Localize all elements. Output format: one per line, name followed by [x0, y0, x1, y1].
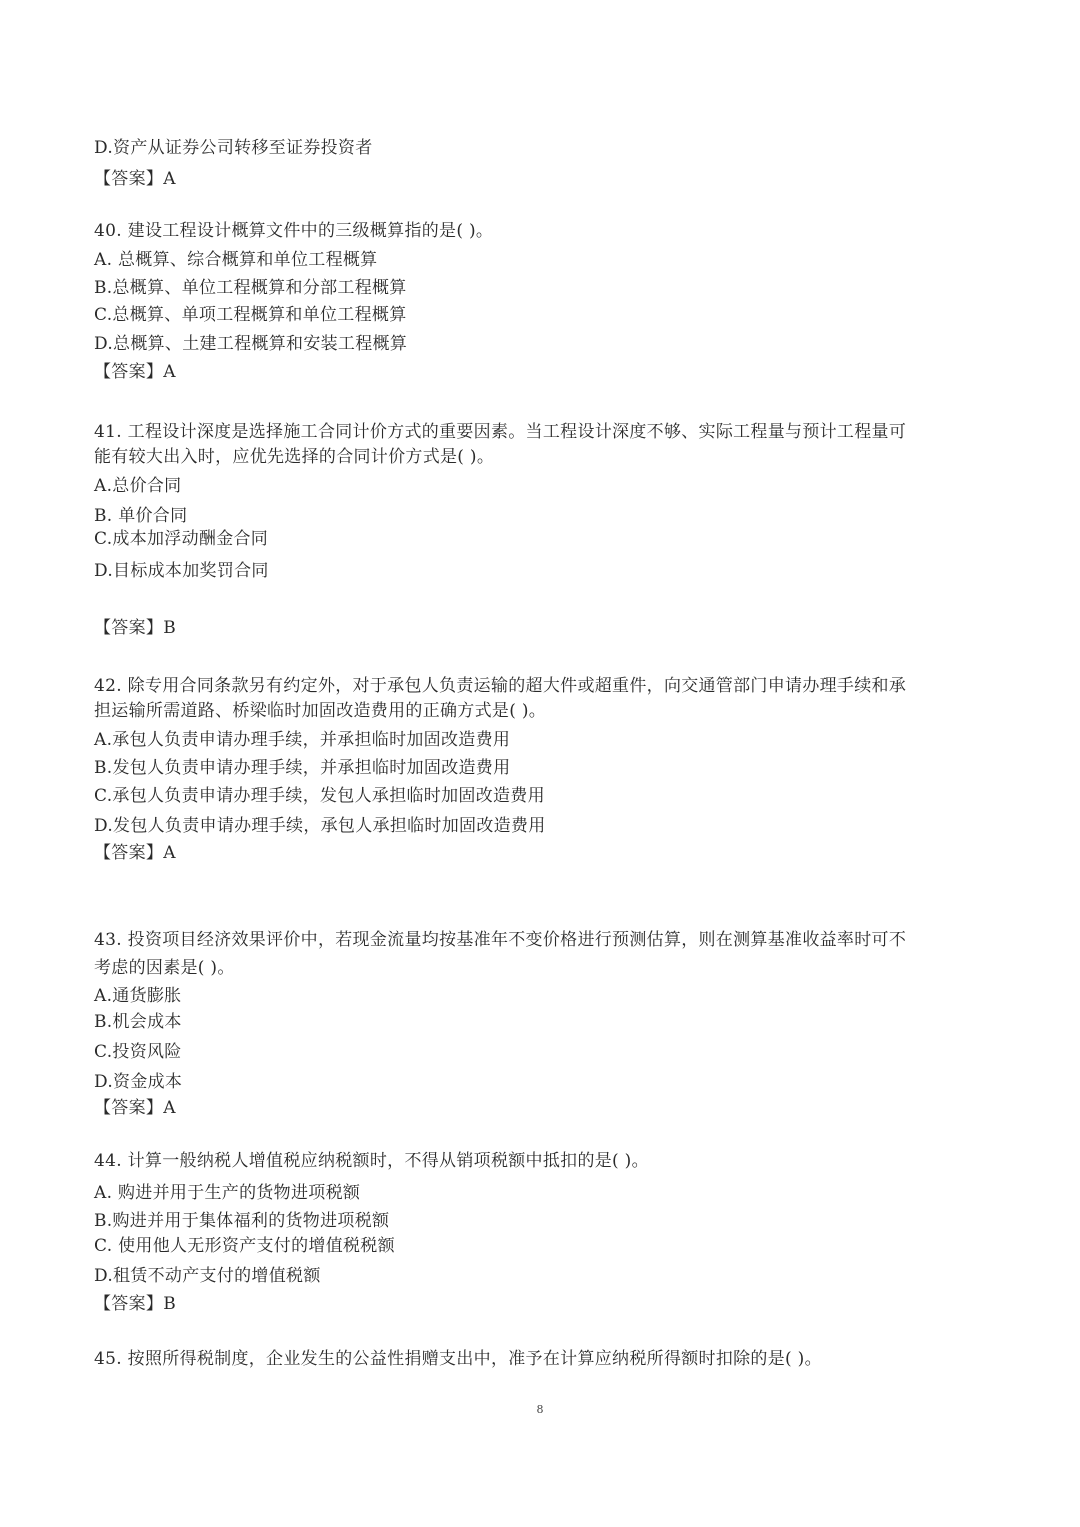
text-line: 考虑的因素是( )。	[94, 957, 235, 979]
text-line: D.资产从证券公司转移至证券投资者	[94, 137, 373, 159]
text-line: A.总价合同	[94, 475, 181, 497]
text-line: C.投资风险	[94, 1041, 182, 1063]
text-line: B.机会成本	[94, 1011, 182, 1033]
text-line: 能有较大出入时，应优先选择的合同计价方式是( )。	[94, 446, 494, 468]
text-line: D.租赁不动产支付的增值税额	[94, 1265, 321, 1287]
text-line: C.总概算、单项工程概算和单位工程概算	[94, 304, 407, 326]
answer-line: 【答案】B	[94, 1293, 176, 1315]
answer-line: 【答案】A	[94, 842, 176, 864]
text-line: C. 使用他人无形资产支付的增值税税额	[94, 1235, 395, 1257]
text-line: D.发包人负责申请办理手续，承包人承担临时加固改造费用	[94, 815, 546, 837]
text-line: B.发包人负责申请办理手续，并承担临时加固改造费用	[94, 757, 510, 779]
answer-line: 【答案】A	[94, 168, 176, 190]
text-line: B.总概算、单位工程概算和分部工程概算	[94, 277, 407, 299]
text-line: A. 购进并用于生产的货物进项税额	[94, 1182, 360, 1204]
text-line: 45. 按照所得税制度，企业发生的公益性捐赠支出中，准予在计算应纳税所得额时扣除…	[94, 1348, 822, 1370]
text-line: C.承包人负责申请办理手续，发包人承担临时加固改造费用	[94, 785, 545, 807]
text-line: C.成本加浮动酬金合同	[94, 528, 268, 550]
text-line: 40. 建设工程设计概算文件中的三级概算指的是( )。	[94, 220, 493, 242]
text-line: D.资金成本	[94, 1071, 182, 1093]
text-line: 担运输所需道路、桥梁临时加固改造费用的正确方式是( )。	[94, 700, 546, 722]
answer-line: 【答案】B	[94, 617, 176, 639]
text-line: D.目标成本加奖罚合同	[94, 560, 269, 582]
answer-line: 【答案】A	[94, 1097, 176, 1119]
page-number: 8	[0, 1403, 1080, 1416]
text-line: D.总概算、土建工程概算和安装工程概算	[94, 333, 407, 355]
text-line: 43. 投资项目经济效果评价中，若现金流量均按基准年不变价格进行预测估算，则在测…	[94, 929, 906, 951]
text-line: A.承包人负责申请办理手续，并承担临时加固改造费用	[94, 729, 510, 751]
text-line: B. 单价合同	[94, 505, 187, 527]
text-line: A. 总概算、综合概算和单位工程概算	[94, 249, 377, 271]
text-line: 41. 工程设计深度是选择施工合同计价方式的重要因素。当工程设计深度不够、实际工…	[94, 421, 906, 443]
text-line: 44. 计算一般纳税人增值税应纳税额时，不得从销项税额中抵扣的是( )。	[94, 1150, 649, 1172]
text-line: 42. 除专用合同条款另有约定外，对于承包人负责运输的超大件或超重件，向交通管部…	[94, 675, 906, 697]
answer-line: 【答案】A	[94, 361, 176, 383]
text-line: A.通货膨胀	[94, 985, 181, 1007]
text-line: B.购进并用于集体福利的货物进项税额	[94, 1210, 389, 1232]
